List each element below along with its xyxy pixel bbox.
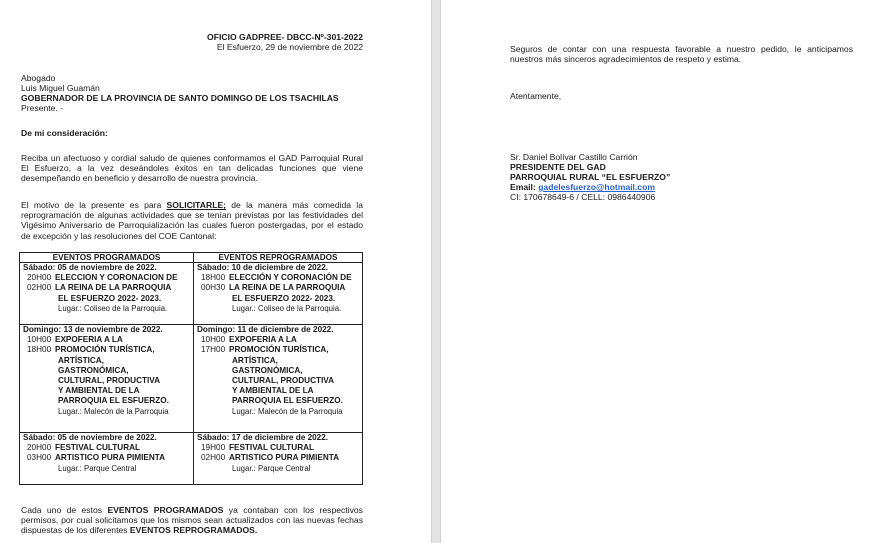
event-time	[198, 356, 229, 366]
email-link[interactable]: gadelesfuerzo@hotmail.com	[538, 182, 655, 192]
event-time	[198, 386, 229, 396]
event-cell-programmed: Domingo: 13 de noviembre de 2022.10H00EX…	[20, 325, 194, 433]
farewell: Atentamente,	[510, 91, 561, 101]
event-cell-rescheduled: Sábado: 17 de diciembre de 2022.19H00FES…	[194, 433, 363, 485]
event-time: 19H00	[198, 443, 229, 453]
event-line: GASTRONÓMICA,	[24, 366, 191, 376]
event-name-line: PROMOCIÓN TURÍSTICA,	[55, 345, 191, 355]
event-name-line: EXPOFERIA A LA	[229, 335, 360, 345]
event-time: 03H00	[24, 453, 55, 463]
event-name-line: EL ESFUERZO 2022- 2023.	[229, 294, 360, 304]
event-line: 02H00LA REINA DE LA PARROQUIA	[24, 283, 191, 293]
event-time: 10H00	[198, 335, 229, 345]
event-time: 18H00	[24, 345, 55, 355]
event-line: EL ESFUERZO 2022- 2023.	[24, 294, 191, 304]
paragraph-line: permisos, por cual solicitamos que los m…	[21, 515, 363, 525]
event-line: 17H00PROMOCIÓN TURÍSTICA,	[198, 345, 360, 355]
event-name-line: FESTIVAL CULTURAL	[55, 443, 191, 453]
event-name-line: PROMOCIÓN TURÍSTICA,	[229, 345, 360, 355]
event-name-line: Y AMBIENTAL DE LA	[229, 386, 360, 396]
event-line: 18H00PROMOCIÓN TURÍSTICA,	[24, 345, 191, 355]
event-line: 10H00EXPOFERIA A LA	[24, 335, 191, 345]
paragraph-line: El Esfuerzo, a la vez deseándoles éxitos…	[21, 163, 363, 173]
event-name-line: EL ESFUERZO 2022- 2023.	[55, 294, 191, 304]
event-line: 20H00ELECCION Y CORONACION DE	[24, 273, 191, 283]
event-name-line: LA REINA DE LA PARROQUIA	[229, 283, 360, 293]
event-line: 18H00ELECCIÓN Y CORONACIÓN DE	[198, 273, 360, 283]
letter-reference: OFICIO GADPREE- DBCC-Nº-301-2022	[150, 32, 363, 42]
event-place: Lugar.: Malecón de la Parroquia	[24, 407, 191, 417]
page-gutter	[431, 0, 441, 543]
event-name-line: ARTÍSTICA,	[229, 356, 360, 366]
event-line: 02H00ARTISTICO PURA PIMIENTA	[198, 453, 360, 463]
event-place: Lugar.: Parque Central	[198, 464, 360, 474]
event-name-line: ARTISTICO PURA PIMIENTA	[229, 453, 360, 463]
paragraph-request: El motivo de la presente es para SOLICIT…	[21, 200, 363, 241]
event-date: Domingo: 11 de diciembre de 2022.	[197, 325, 360, 335]
event-name-line: ARTISTICO PURA PIMIENTA	[55, 453, 191, 463]
event-time: 20H00	[24, 443, 55, 453]
event-name-line: EXPOFERIA A LA	[55, 335, 191, 345]
event-place: Lugar.: Coliseo de la Parroquia.	[24, 304, 191, 314]
event-date: Sábado: 05 de noviembre de 2022.	[23, 263, 191, 273]
paragraph-line: dispuestas de los diferentes EVENTOS REP…	[21, 525, 363, 535]
event-time	[24, 366, 55, 376]
solicitarle-emphasis: SOLICITARLE;	[167, 200, 227, 210]
event-line: Y AMBIENTAL DE LA	[24, 386, 191, 396]
signer-name: Sr. Daniel Bolívar Castillo Carrión	[510, 152, 638, 162]
event-cell-programmed: Sábado: 05 de noviembre de 2022.20H00ELE…	[20, 263, 194, 325]
header-programmed: EVENTOS PROGRAMADOS	[20, 253, 194, 263]
paragraph-line: reprogramación de algunas actividades qu…	[21, 210, 363, 220]
event-line: EL ESFUERZO 2022- 2023.	[198, 294, 360, 304]
letter-place-date: El Esfuerzo, 29 de noviembre de 2022	[150, 42, 363, 52]
event-name-line: ELECCIÓN Y CORONACIÓN DE	[229, 273, 360, 283]
event-time	[24, 386, 55, 396]
document-page-2: Seguros de contar con una respuesta favo…	[441, 0, 870, 543]
salutation: De mi consideración:	[21, 128, 108, 138]
event-line: 20H00FESTIVAL CULTURAL	[24, 443, 191, 453]
paragraph-line: Seguros de contar con una respuesta favo…	[510, 44, 853, 54]
event-time	[24, 356, 55, 366]
event-time: 00H30	[198, 283, 229, 293]
event-line: Y AMBIENTAL DE LA	[198, 386, 360, 396]
table-row: Sábado: 05 de noviembre de 2022.20H00FES…	[20, 433, 363, 485]
event-time: 20H00	[24, 273, 55, 283]
paragraph-line: El motivo de la presente es para SOLICIT…	[21, 200, 363, 210]
paragraph-line: Cada uno de estos EVENTOS PROGRAMADOS ya…	[21, 505, 363, 515]
event-name-line: ELECCION Y CORONACION DE	[55, 273, 191, 283]
event-name-line: CULTURAL, PRODUCTIVA	[229, 376, 360, 386]
paragraph-closing: Seguros de contar con una respuesta favo…	[510, 44, 853, 64]
event-time	[198, 366, 229, 376]
event-line: CULTURAL, PRODUCTIVA	[24, 376, 191, 386]
event-date: Sábado: 10 de diciembre de 2022.	[197, 263, 360, 273]
event-time: 02H00	[198, 453, 229, 463]
table-row: Domingo: 13 de noviembre de 2022.10H00EX…	[20, 325, 363, 433]
event-line: PARROQUIA EL ESFUERZO.	[198, 396, 360, 406]
events-table: EVENTOS PROGRAMADOS EVENTOS REPROGRAMADO…	[19, 252, 363, 485]
event-line: GASTRONÓMICA,	[198, 366, 360, 376]
event-time: 10H00	[24, 335, 55, 345]
signer-position-1: PRESIDENTE DEL GAD	[510, 162, 606, 172]
event-line: 10H00EXPOFERIA A LA	[198, 335, 360, 345]
event-time	[198, 294, 229, 304]
document-page-1: OFICIO GADPREE- DBCC-Nº-301-2022 El Esfu…	[0, 0, 431, 543]
event-date: Domingo: 13 de noviembre de 2022.	[23, 325, 191, 335]
event-place: Lugar.: Coliseo de la Parroquia.	[198, 304, 360, 314]
event-date: Sábado: 05 de noviembre de 2022.	[23, 433, 191, 443]
event-name-line: Y AMBIENTAL DE LA	[55, 386, 191, 396]
event-name-line: PARROQUIA EL ESFUERZO.	[229, 396, 360, 406]
signer-position-2: PARROQUIAL RURAL “EL ESFUERZO”	[510, 172, 670, 182]
recipient-name: Luis Miguel Guamán	[21, 83, 100, 93]
event-time	[24, 294, 55, 304]
recipient-position: GOBERNADOR DE LA PROVINCIA DE SANTO DOMI…	[21, 93, 339, 103]
event-time	[24, 376, 55, 386]
event-cell-programmed: Sábado: 05 de noviembre de 2022.20H00FES…	[20, 433, 194, 485]
event-line: PARROQUIA EL ESFUERZO.	[24, 396, 191, 406]
event-name-line: GASTRONÓMICA,	[55, 366, 191, 376]
event-place: Lugar.: Malecón de la Parroquia	[198, 407, 360, 417]
event-name-line: LA REINA DE LA PARROQUIA	[55, 283, 191, 293]
paragraph-line: de excepción y las resoluciones del COE …	[21, 231, 363, 241]
event-time	[198, 376, 229, 386]
signer-email-line: Email: gadelesfuerzo@hotmail.com	[510, 182, 655, 192]
event-name-line: PARROQUIA EL ESFUERZO.	[55, 396, 191, 406]
event-line: 03H00ARTISTICO PURA PIMIENTA	[24, 453, 191, 463]
event-cell-rescheduled: Sábado: 10 de diciembre de 2022.18H00ELE…	[194, 263, 363, 325]
signer-id-phone: CI: 170678649-6 / CELL: 0986440906	[510, 192, 655, 202]
recipient-title: Abogado	[21, 73, 55, 83]
table-row: Sábado: 05 de noviembre de 2022.20H00ELE…	[20, 263, 363, 325]
event-name-line: ARTÍSTICA,	[55, 356, 191, 366]
paragraph-greeting: Reciba un afectuoso y cordial saludo de …	[21, 153, 363, 184]
event-time	[24, 396, 55, 406]
event-date: Sábado: 17 de diciembre de 2022.	[197, 433, 360, 443]
event-time: 02H00	[24, 283, 55, 293]
event-name-line: CULTURAL, PRODUCTIVA	[55, 376, 191, 386]
event-line: ARTÍSTICA,	[198, 356, 360, 366]
event-time	[198, 396, 229, 406]
event-line: ARTÍSTICA,	[24, 356, 191, 366]
event-name-line: GASTRONÓMICA,	[229, 366, 360, 376]
event-cell-rescheduled: Domingo: 11 de diciembre de 2022.10H00EX…	[194, 325, 363, 433]
event-line: 19H00FESTIVAL CULTURAL	[198, 443, 360, 453]
header-rescheduled: EVENTOS REPROGRAMADOS	[194, 253, 363, 263]
event-name-line: FESTIVAL CULTURAL	[229, 443, 360, 453]
paragraph-line: Vigésimo Aniversario de Parroquializació…	[21, 220, 363, 230]
event-time: 18H00	[198, 273, 229, 283]
paragraph-line: Reciba un afectuoso y cordial saludo de …	[21, 153, 363, 163]
paragraph-permits: Cada uno de estos EVENTOS PROGRAMADOS ya…	[21, 505, 363, 536]
event-line: 00H30LA REINA DE LA PARROQUIA	[198, 283, 360, 293]
paragraph-line: nuestros más sinceros agradecimientos de…	[510, 54, 853, 64]
paragraph-line: desempeñando en beneficio y desarrollo d…	[21, 173, 363, 183]
recipient-presente: Presente. -	[21, 103, 63, 113]
event-place: Lugar.: Parque Central	[24, 464, 191, 474]
email-label: Email:	[510, 182, 538, 192]
event-line: CULTURAL, PRODUCTIVA	[198, 376, 360, 386]
event-time: 17H00	[198, 345, 229, 355]
